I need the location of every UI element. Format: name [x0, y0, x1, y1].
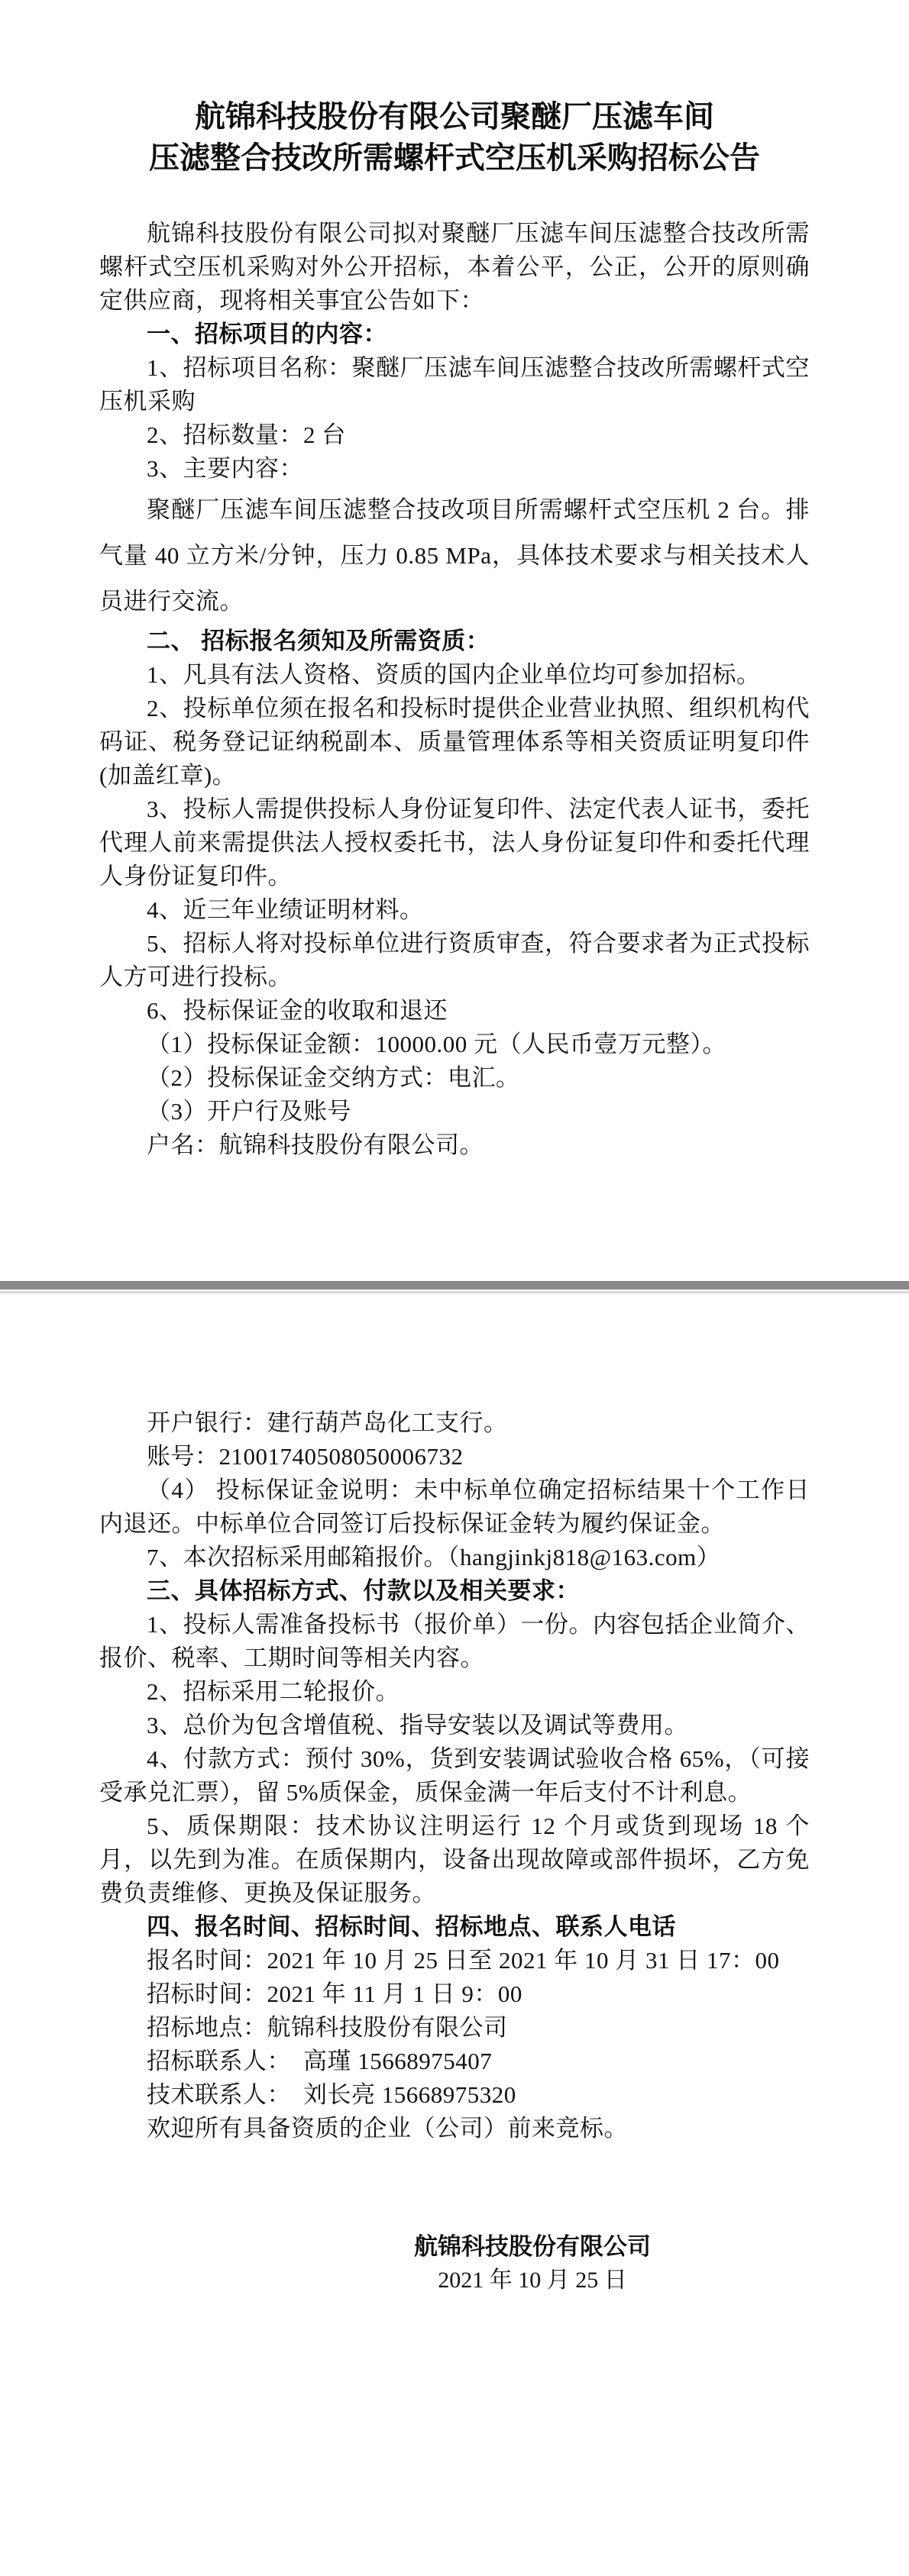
section-2-heading: 二、 招标报名须知及所需资质：	[99, 625, 810, 658]
document-title-line-2: 压滤整合技改所需螺杆式空压机采购招标公告	[99, 137, 810, 179]
deposit-method-line: （2）投标保证金交纳方式：电汇。	[99, 1061, 810, 1095]
section-3-heading: 三、具体招标方式、付款以及相关要求：	[99, 1574, 810, 1608]
section-2-item-3: 3、投标人需提供投标人身份证复印件、法定代表人证书，委托代理人前来需提供法人授权…	[99, 792, 810, 893]
registration-time-line: 报名时间：2021 年 10 月 25 日至 2021 年 10 月 31 日 …	[99, 1944, 810, 1977]
deposit-amount-line: （1）投标保证金额：10000.00 元（人民币壹万元整）。	[99, 1028, 810, 1061]
section-3-item-4: 4、付款方式：预付 30%，货到安装调试验收合格 65%，（可接受承兑汇票），留…	[99, 1742, 810, 1809]
section-4-heading: 四、报名时间、招标时间、招标地点、联系人电话	[99, 1910, 810, 1944]
page-separator-bar	[0, 1281, 909, 1290]
section-3-item-1: 1、投标人需准备投标书（报价单）一份。内容包括企业简介、报价、税率、工期时间等相…	[99, 1608, 810, 1675]
intro-paragraph: 航锦科技股份有限公司拟对聚醚厂压滤车间压滤整合技改所需螺杆式空压机采购对外公开招…	[99, 217, 810, 318]
section-2-item-1: 1、凡具有法人资格、资质的国内企业单位均可参加招标。	[99, 658, 810, 692]
page-separator-thinline	[0, 1291, 909, 1293]
section-2-item-7: 7、本次招标采用邮箱报价。（hangjinkj818@163.com）	[99, 1541, 810, 1574]
section-3-item-2: 2、招标采用二轮报价。	[99, 1675, 810, 1709]
document-title: 航锦科技股份有限公司聚醚厂压滤车间 压滤整合技改所需螺杆式空压机采购招标公告	[99, 0, 810, 179]
deposit-note-line: （4） 投标保证金说明：未中标单位确定招标结果十个工作日内退还。中标单位合同签订…	[99, 1474, 810, 1541]
page-separator	[0, 1281, 909, 1293]
section-1-detail-paragraph: 聚醚厂压滤车间压滤整合技改项目所需螺杆式空压机 2 台。排气量 40 立方米/分…	[99, 487, 810, 625]
section-3-item-5: 5、质保期限：技术协议注明运行 12 个月或货到现场 18 个月，以先到为准。在…	[99, 1809, 810, 1910]
bidding-time-line: 招标时间：2021 年 11 月 1 日 9：00	[99, 1977, 810, 2011]
document-content: 航锦科技股份有限公司聚醚厂压滤车间 压滤整合技改所需螺杆式空压机采购招标公告 航…	[0, 0, 909, 2297]
document-title-line-1: 航锦科技股份有限公司聚醚厂压滤车间	[99, 96, 810, 137]
signature-block: 航锦科技股份有限公司 2021 年 10 月 25 日	[406, 2230, 658, 2297]
section-1-item-2: 2、招标数量：2 台	[99, 418, 810, 452]
section-2-item-4: 4、近三年业绩证明材料。	[99, 893, 810, 927]
section-2-item-5: 5、招标人将对投标单位进行资质审查，符合要求者为正式投标人方可进行投标。	[99, 927, 810, 994]
section-1-heading: 一、招标项目的内容：	[99, 318, 810, 351]
welcome-line: 欢迎所有具备资质的企业（公司）前来竞标。	[99, 2112, 810, 2145]
account-number-line: 账号：21001740508050006732	[99, 1440, 810, 1474]
signature-company: 航锦科技股份有限公司	[406, 2230, 658, 2264]
bidding-contact-line: 招标联系人： 高瑾 15668975407	[99, 2045, 810, 2078]
section-1-item-3: 3、主要内容：	[99, 452, 810, 486]
section-2-item-2: 2、投标单位须在报名和投标时提供企业营业执照、组织机构代码证、税务登记证纳税副本…	[99, 692, 810, 792]
bank-name-line: 开户银行：建行葫芦岛化工支行。	[99, 1406, 810, 1440]
bidding-location-line: 招标地点：航锦科技股份有限公司	[99, 2011, 810, 2045]
document-page: 航锦科技股份有限公司聚醚厂压滤车间 压滤整合技改所需螺杆式空压机采购招标公告 航…	[0, 0, 909, 2576]
signature-date: 2021 年 10 月 25 日	[406, 2264, 658, 2297]
bank-account-heading-line: （3）开户行及账号	[99, 1095, 810, 1128]
account-name-line: 户名：航锦科技股份有限公司。	[99, 1128, 810, 1162]
section-3-item-3: 3、总价为包含增值税、指导安装以及调试等费用。	[99, 1709, 810, 1742]
technical-contact-line: 技术联系人： 刘长亮 15668975320	[99, 2078, 810, 2112]
section-1-item-1: 1、招标项目名称：聚醚厂压滤车间压滤整合技改所需螺杆式空压机采购	[99, 351, 810, 418]
section-2-item-6: 6、投标保证金的收取和退还	[99, 994, 810, 1028]
